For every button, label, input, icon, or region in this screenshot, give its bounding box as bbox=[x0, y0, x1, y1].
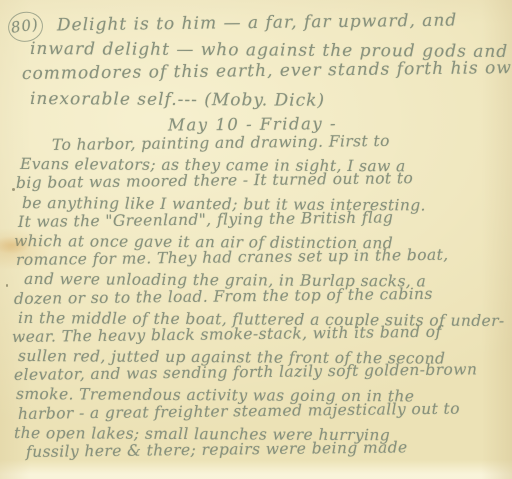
paper-speck bbox=[22, 338, 24, 340]
quote-line-text: Delight is to him — a far, far upward, a… bbox=[57, 11, 457, 36]
quote-block: 80)Delight is to him — a far, far upward… bbox=[0, 0, 512, 112]
quote-line: commodores of this earth, ever stands fo… bbox=[22, 56, 512, 87]
quote-line: 80)Delight is to him — a far, far upward… bbox=[8, 6, 512, 37]
entry-line: big boat was moored there - It turned ou… bbox=[16, 168, 512, 193]
entry-block: To harbor, painting and drawing. First t… bbox=[0, 136, 512, 462]
journal-page: 80)Delight is to him — a far, far upward… bbox=[0, 0, 512, 479]
paper-speck bbox=[12, 188, 15, 191]
paper-speck bbox=[6, 284, 8, 287]
entry-line: To harbor, painting and drawing. First t… bbox=[52, 130, 512, 155]
